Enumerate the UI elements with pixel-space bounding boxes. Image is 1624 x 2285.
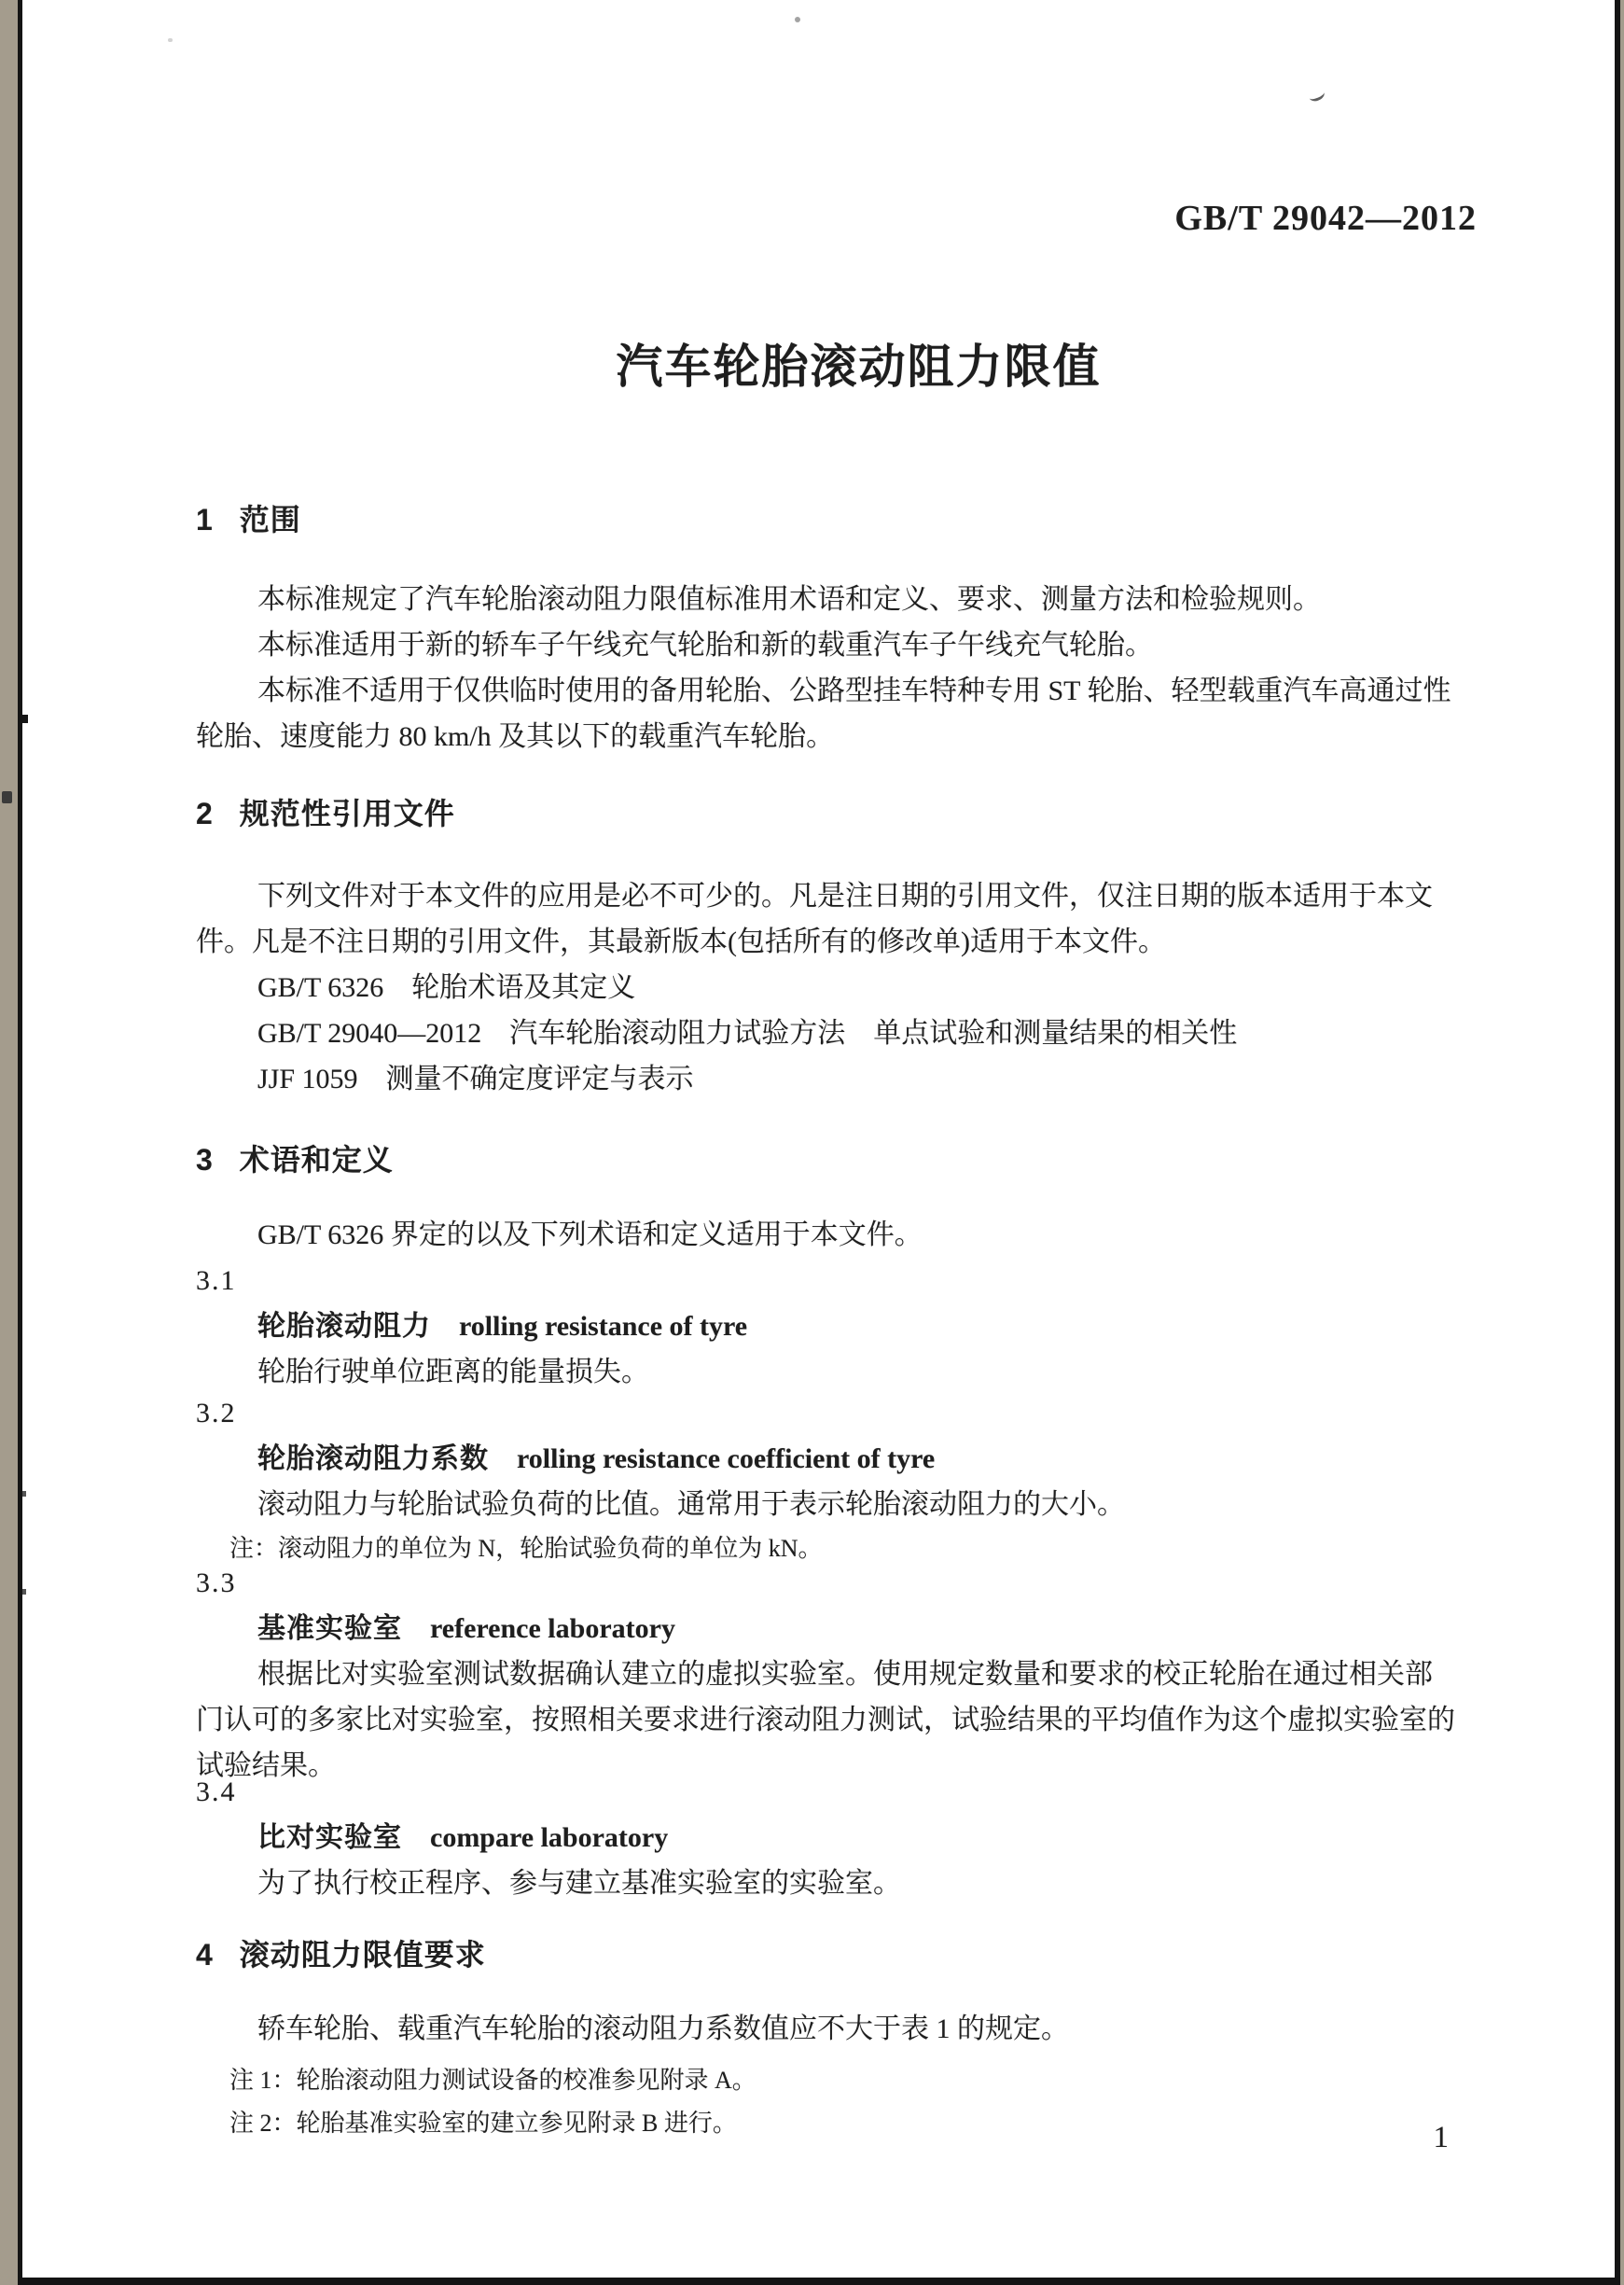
term-definition: 为了执行校正程序、参与建立基准实验室的实验室。 <box>196 1860 1429 1906</box>
section-2-heading: 2规范性引用文件 <box>196 794 1429 833</box>
reference-item: JJF 1059 测量不确定度评定与表示 <box>196 1056 1429 1102</box>
scan-pen-mark <box>1307 87 1326 103</box>
term-definition: 轮胎行驶单位距离的能量损失。 <box>196 1349 1429 1395</box>
section-3-heading: 3术语和定义 <box>196 1140 1429 1179</box>
scan-edge-tick <box>22 1589 26 1595</box>
page-number: 1 <box>1434 2120 1450 2155</box>
term-number: 3.2 <box>196 1390 1429 1436</box>
scan-edge-tick <box>22 715 28 723</box>
standard-code: GB/T 29042—2012 <box>1174 200 1477 237</box>
paragraph-line: 下列文件对于本文件的应用是必不可少的。凡是注日期的引用文件，仅注日期的版本适用于… <box>196 873 1429 919</box>
term-line: 轮胎滚动阻力rolling resistance of tyre <box>196 1303 1429 1349</box>
term-chinese: 轮胎滚动阻力系数 <box>257 1443 489 1474</box>
scan-border-left-grey <box>0 0 18 2285</box>
term-english: rolling resistance coefficient of tyre <box>517 1443 935 1474</box>
section-4-title: 滚动阻力限值要求 <box>240 1938 486 1972</box>
term-chinese: 比对实验室 <box>257 1822 402 1853</box>
section-1-title: 范围 <box>240 503 301 536</box>
section-2-number: 2 <box>196 797 214 830</box>
scan-border-bottom-black <box>18 2278 1624 2285</box>
section-4-body: 轿车轮胎、载重汽车轮胎的滚动阻力系数值应不大于表 1 的规定。 注 1：轮胎滚动… <box>196 2006 1429 2145</box>
section-4-number: 4 <box>196 1938 214 1972</box>
section-3-intro: GB/T 6326 界定的以及下列术语和定义适用于本文件。 <box>196 1212 1429 1258</box>
document-title: 汽车轮胎滚动阻力限值 <box>0 340 1624 394</box>
term-line: 基准实验室reference laboratory <box>196 1606 1429 1651</box>
paragraph-line: 件。凡是不注日期的引用文件，其最新版本(包括所有的修改单)适用于本文件。 <box>196 919 1429 965</box>
term-3-3: 3.3 基准实验室reference laboratory 根据比对实验室测试数… <box>196 1560 1429 1789</box>
section-note: 注 1：轮胎滚动阻力测试设备的校准参见附录 A。 <box>196 2059 1429 2102</box>
scan-speck <box>795 17 800 22</box>
section-note: 注 2：轮胎基准实验室的建立参见附录 B 进行。 <box>196 2102 1429 2145</box>
term-definition: 滚动阻力与轮胎试验负荷的比值。通常用于表示轮胎滚动阻力的大小。 <box>196 1482 1429 1527</box>
paragraph-line: 本标准不适用于仅供临时使用的备用轮胎、公路型挂车特种专用 ST 轮胎、轻型载重汽… <box>196 668 1429 714</box>
term-line: 轮胎滚动阻力系数rolling resistance coefficient o… <box>196 1436 1429 1482</box>
term-english: compare laboratory <box>430 1822 668 1853</box>
scan-edge-blob <box>2 791 12 803</box>
section-2-body: 下列文件对于本文件的应用是必不可少的。凡是注日期的引用文件，仅注日期的版本适用于… <box>196 873 1429 1102</box>
paragraph-line: 本标准适用于新的轿车子午线充气轮胎和新的载重汽车子午线充气轮胎。 <box>196 622 1429 668</box>
section-2-title: 规范性引用文件 <box>240 797 455 830</box>
paragraph-line: GB/T 6326 界定的以及下列术语和定义适用于本文件。 <box>196 1212 1429 1258</box>
section-4-heading: 4滚动阻力限值要求 <box>196 1935 1429 1974</box>
scan-speck <box>168 38 173 42</box>
term-definition-line: 门认可的多家比对实验室，按照相关要求进行滚动阻力测试，试验结果的平均值作为这个虚… <box>196 1697 1429 1743</box>
scan-border-left-black <box>18 0 22 2285</box>
term-english: reference laboratory <box>430 1613 675 1644</box>
term-number: 3.3 <box>196 1560 1429 1606</box>
section-1-heading: 1范围 <box>196 500 1429 539</box>
term-3-4: 3.4 比对实验室compare laboratory 为了执行校正程序、参与建… <box>196 1769 1429 1906</box>
scan-border-right-grey <box>1620 0 1624 2285</box>
section-1-body: 本标准规定了汽车轮胎滚动阻力限值标准用术语和定义、要求、测量方法和检验规则。 本… <box>196 577 1429 759</box>
section-3-number: 3 <box>196 1143 214 1177</box>
term-definition-line: 根据比对实验室测试数据确认建立的虚拟实验室。使用规定数量和要求的校正轮胎在通过相… <box>196 1651 1429 1697</box>
term-number: 3.1 <box>196 1258 1429 1303</box>
reference-item: GB/T 6326 轮胎术语及其定义 <box>196 965 1429 1010</box>
term-3-2: 3.2 轮胎滚动阻力系数rolling resistance coefficie… <box>196 1390 1429 1570</box>
scanned-document-page: GB/T 29042—2012 汽车轮胎滚动阻力限值 1范围 本标准规定了汽车轮… <box>0 0 1624 2285</box>
paragraph-line: 轮胎、速度能力 80 km/h 及其以下的载重汽车轮胎。 <box>196 714 1429 759</box>
paragraph-line: 本标准规定了汽车轮胎滚动阻力限值标准用术语和定义、要求、测量方法和检验规则。 <box>196 577 1429 622</box>
reference-item: GB/T 29040—2012 汽车轮胎滚动阻力试验方法 单点试验和测量结果的相… <box>196 1010 1429 1056</box>
scan-edge-tick <box>22 1491 26 1497</box>
term-chinese: 基准实验室 <box>257 1613 402 1644</box>
term-number: 3.4 <box>196 1769 1429 1815</box>
term-3-1: 3.1 轮胎滚动阻力rolling resistance of tyre 轮胎行… <box>196 1258 1429 1395</box>
section-3-title: 术语和定义 <box>240 1143 394 1177</box>
paragraph-line: 轿车轮胎、载重汽车轮胎的滚动阻力系数值应不大于表 1 的规定。 <box>196 2006 1429 2052</box>
term-english: rolling resistance of tyre <box>459 1311 747 1342</box>
section-1-number: 1 <box>196 503 214 536</box>
term-chinese: 轮胎滚动阻力 <box>257 1311 431 1342</box>
term-line: 比对实验室compare laboratory <box>196 1815 1429 1860</box>
